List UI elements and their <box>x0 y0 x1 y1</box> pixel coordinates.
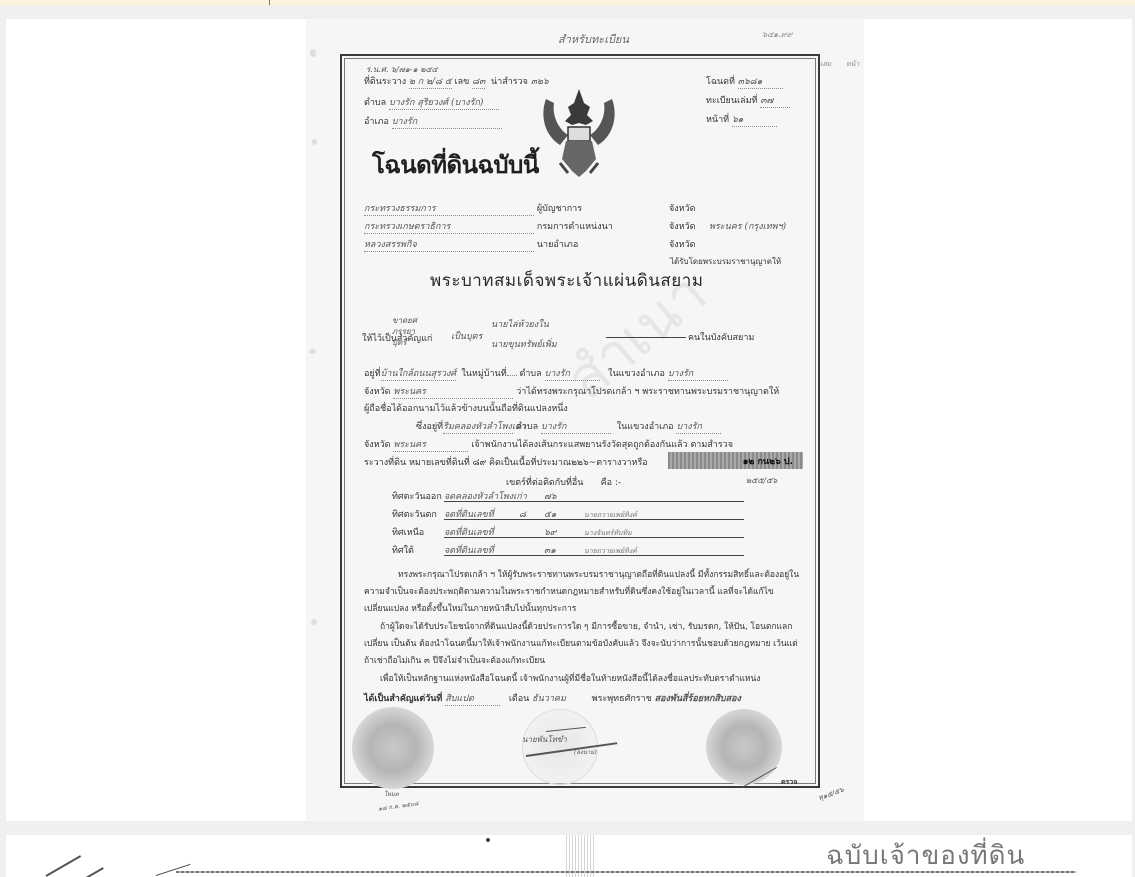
grantee-suffix: คนในบังคับสยาม <box>688 330 754 344</box>
boundary-adjacent: จดที่ดินเลขที่ <box>444 507 519 521</box>
boundary-direction: ทิศตะวันตก <box>392 507 444 521</box>
paper-stain <box>309 349 316 354</box>
boundary-adjacent: จดที่ดินเลขที่ <box>444 525 519 539</box>
top-strip <box>0 0 1135 5</box>
date-year: สองพันสี่ร้อยหกสิบสอง <box>655 694 741 704</box>
grantee-name: นายไล่ห้วยงใน <box>491 315 557 335</box>
address-label: อยู่ที่ <box>364 369 381 379</box>
official-name: หลวงสรรพกิจ <box>364 237 534 252</box>
registry-label: ที่ดินระวาง <box>364 77 406 87</box>
paper-stain <box>311 619 317 625</box>
address-row: อยู่ที่บ้านใกล้ถนนสุรวงศ์ ในหมู่บ้านที่ … <box>364 366 728 381</box>
official-title: กรมการตำแหน่งนา <box>537 222 613 232</box>
official-title: นายอำเภอ <box>537 240 578 250</box>
paper-stain <box>312 139 317 145</box>
page-value: ๖๑ <box>732 112 777 127</box>
registry-suffix-value: ๘๓ <box>472 74 485 89</box>
location-value: ริมคลองหัวลำโพงเก่า <box>443 419 513 434</box>
paragraph-2: ถ้าผู้ใดจะได้รับประโยชน์จากที่ดินแปลงนี้… <box>364 619 804 670</box>
survey-row: จังหวัด พระนคร เจ้าพนักงานได้ลงเส้นกระแส… <box>364 437 733 452</box>
month-label: เดือน <box>509 694 529 704</box>
grantee-underline <box>606 337 686 338</box>
boundary-parcel: ๘ <box>519 507 544 521</box>
grantee-names: นายไล่ห้วยงใน นายขุนทรัพย์เพิ่ม <box>491 315 557 355</box>
tambon-value: บางรัก <box>545 366 600 381</box>
registry-suffix-label: เลข <box>455 77 470 87</box>
document-page[interactable]: สำหรับทะเบียน ๖๔๑.๙๙ เล่ม หน้า สำเนา ร.น… <box>306 19 864 821</box>
tambon-label: ตำบล <box>516 422 538 432</box>
bottom-note-right: ทุ๑๕/๕๖ <box>817 785 846 804</box>
ink-dot <box>486 838 490 842</box>
royal-grant-text: ว่าได้ทรงพระกรุณาโปรดเกล้า ฯ พระราชทานพร… <box>516 387 779 397</box>
grantee-roles: ขาดยศ ภรรยา บุตรี <box>392 315 417 348</box>
registry-row: ที่ดินระวาง ๒ ก ๒/๘ ๕ เลข ๘๓ น่าสำรวจ ๓๒… <box>364 74 549 89</box>
grantee-role: บุตรี <box>392 337 417 348</box>
official-title: ผู้บัญชาการ <box>537 204 582 214</box>
province-label: จังหวัด <box>364 387 391 397</box>
deed-number-label: โฉนดที่ <box>706 77 735 87</box>
garuda-emblem-icon <box>538 85 620 181</box>
province-label: จังหวัด <box>669 237 696 251</box>
next-page-border <box>176 871 1076 873</box>
paragraph-1: ทรงพระกรุณาโปรดเกล้า ฯ ให้ผู้รับพระราชทา… <box>364 567 804 618</box>
amphoe-label: อำเภอ <box>364 117 389 127</box>
paper-stain <box>310 49 316 57</box>
margin-note-book: เล่ม <box>820 59 831 70</box>
boundaries-label: เขตร์ที่ต่อติดกับที่อื่น <box>506 478 583 488</box>
official-row-2: กระทรวงเกษตราธิการ กรมการตำแหน่งนา จังหว… <box>364 219 804 234</box>
date-month: ธันวาคม <box>532 694 566 704</box>
pen-stroke <box>86 867 104 877</box>
margin-note-page: หน้า <box>846 59 859 70</box>
book-value: ๓๗ <box>760 93 790 108</box>
province-label: จังหวัด <box>669 201 696 215</box>
boundary-length: ๗๖ <box>544 489 584 503</box>
boundary-note: นางจันทร์ทับทิม <box>584 529 632 537</box>
province-value: พระนคร (กรุงเทพฯ) <box>709 219 786 233</box>
district-label: ในแขวงอำเภอ <box>617 422 674 432</box>
checked-label: ตรวจ <box>781 777 797 788</box>
next-page-preview[interactable]: ฉบับเจ้าของที่ดิน <box>6 835 1132 877</box>
boundary-row: ทิศตะวันตกจดที่ดินเลขที่๘๕๑นายถวายเพย์ทิ… <box>392 507 637 521</box>
royal-title: พระบาทสมเด็จพระเจ้าแผ่นดินสยาม <box>430 267 703 294</box>
boundary-note: นายถวายเพย์ทิงค์ <box>584 547 637 555</box>
survey-text: เจ้าพนักงานได้ลงเส้นกระแสพยานรังวัดสุดถู… <box>471 440 733 450</box>
paragraph-3: เพื่อให้เป็นหลักฐานแห่งหนังสือโฉนดนี้ เจ… <box>364 671 804 688</box>
bottom-note-date: ๑๘ ก.ค. ๒๕๐๘ <box>378 798 419 814</box>
next-page-title: ฉบับเจ้าของที่ดิน <box>826 835 1025 876</box>
location-label: ซึ่งอยู่ที่ <box>416 422 443 432</box>
corner-note: ๖๔๑.๙๙ <box>762 28 792 41</box>
grantee-role: ขาดยศ <box>392 315 417 326</box>
province-row: จังหวัด พระนคร ว่าได้ทรงพระกรุณาโปรดเกล้… <box>364 384 779 399</box>
district-value: บางรัก <box>668 366 728 381</box>
page-label: หน้าที่ <box>706 115 729 125</box>
province-label: จังหวัด <box>364 440 391 450</box>
pen-stroke <box>156 864 191 876</box>
area-stamp: ๑๒ กน๒๖ ป. <box>668 452 803 469</box>
amphoe-row: อำเภอ บางรัก <box>364 114 502 129</box>
deed-number-row: โฉนดที่ ๓๖๘๑ <box>706 74 783 89</box>
boundary-row: ทิศใต้จดที่ดินเลขที่๓๑นายถวายเพย์ทิงค์ <box>392 543 637 557</box>
boundary-note: นายถวายเพย์ทิงค์ <box>584 511 637 519</box>
official-row-1: กระทรวงธรรมการ ผู้บัญชาการ จังหวัด <box>364 201 804 216</box>
boundary-length: ๓๑ <box>544 543 584 557</box>
tambon-value: บางรัก สุริยวงศ์ (บางรัก) <box>389 95 499 110</box>
holder-line: ผู้ถือชื่อได้ออกนามไว้แล้วข้างบนนั้นถือท… <box>364 401 568 415</box>
grantee-name: นายขุนทรัพย์เพิ่ม <box>491 335 557 355</box>
province-label: จังหวัด <box>669 219 696 233</box>
boundary-row: ทิศตะวันออกจดคลองหัวลำโพงเก่า๗๖ <box>392 489 584 503</box>
book-row: ทะเบียนเล่มที่ ๓๗ <box>706 93 790 108</box>
bottom-note: ใหมด <box>384 789 399 799</box>
boundaries-header: เขตร์ที่ต่อติดกับที่อื่น คือ :- <box>506 475 621 489</box>
header-note: สำหรับทะเบียน <box>558 30 629 48</box>
date-label: ได้เป็นสำคัญแต่วันที่ <box>364 694 442 704</box>
district-label: ในแขวงอำเภอ <box>608 369 665 379</box>
tambon-row: ตำบล บางรัก สุริยวงศ์ (บางรัก) <box>364 95 499 110</box>
amphoe-value: บางรัก <box>392 114 502 129</box>
location-row: ซึ่งอยู่ที่ริมคลองหัวลำโพงเก่า ตำบล บางร… <box>416 419 721 434</box>
document-title: โฉนดที่ดินฉบับนี้ <box>372 145 539 184</box>
tambon-label: ตำบล <box>520 369 542 379</box>
official-row-3: หลวงสรรพกิจ นายอำเภอ จังหวัด <box>364 237 804 252</box>
boundary-row: ทิศเหนือจดที่ดินเลขที่๖๙นางจันทร์ทับทิม <box>392 525 632 539</box>
tambon-value: บางรัก <box>541 419 611 434</box>
boundary-adjacent: จดที่ดินเลขที่ <box>444 543 519 557</box>
boundary-direction: ทิศใต้ <box>392 543 444 557</box>
boundary-length: ๕๑ <box>544 507 584 521</box>
date-row: ได้เป็นสำคัญแต่วันที่ สิบแปด เดือน ธันวา… <box>364 691 741 706</box>
survey-page-label: น่าสำรวจ <box>491 77 528 87</box>
deed-number-value: ๓๖๘๑ <box>738 74 783 89</box>
book-label: ทะเบียนเล่มที่ <box>706 96 757 106</box>
boundary-length: ๖๙ <box>544 525 584 539</box>
address-value: บ้านใกล้ถนนสุรวงศ์ <box>381 366 456 381</box>
area-row: ระวางที่ดิน หมายเลขที่ดินที่ ๘๙ คิดเป็นเ… <box>364 455 648 469</box>
grantee-relation: เป็นบุตร <box>451 329 482 343</box>
official-seal-left <box>352 707 434 789</box>
province-value: พระนคร <box>393 437 468 452</box>
area-handwritten: ๒๕๕/๕๖ <box>746 474 777 487</box>
official-name: กระทรวงธรรมการ <box>364 201 534 216</box>
district-value: บางรัก <box>676 419 721 434</box>
village-label: ในหมู่บ้านที่ <box>461 369 506 379</box>
registry-value: ๒ ก ๒/๘ ๕ <box>409 74 452 89</box>
boundaries-suffix: คือ :- <box>601 478 622 488</box>
official-name: กระทรวงเกษตราธิการ <box>364 219 534 234</box>
page-row: หน้าที่ ๖๑ <box>706 112 777 127</box>
year-label: พระพุทธศักราช <box>592 694 652 704</box>
strip-divider <box>269 0 270 5</box>
province-value: พระนคร <box>393 384 513 399</box>
boundary-direction: ทิศตะวันออก <box>392 489 444 503</box>
official-seal-right <box>706 709 782 785</box>
pen-stroke <box>46 855 82 877</box>
grantee-role: ภรรยา <box>392 326 417 337</box>
boundary-direction: ทิศเหนือ <box>392 525 444 539</box>
boundary-adjacent: จดคลองหัวลำโพงเก่า <box>444 489 519 503</box>
date-day: สิบแปด <box>445 691 500 706</box>
signature-name: นายพันโทขำ <box>522 733 567 746</box>
tambon-label: ตำบล <box>364 98 386 108</box>
